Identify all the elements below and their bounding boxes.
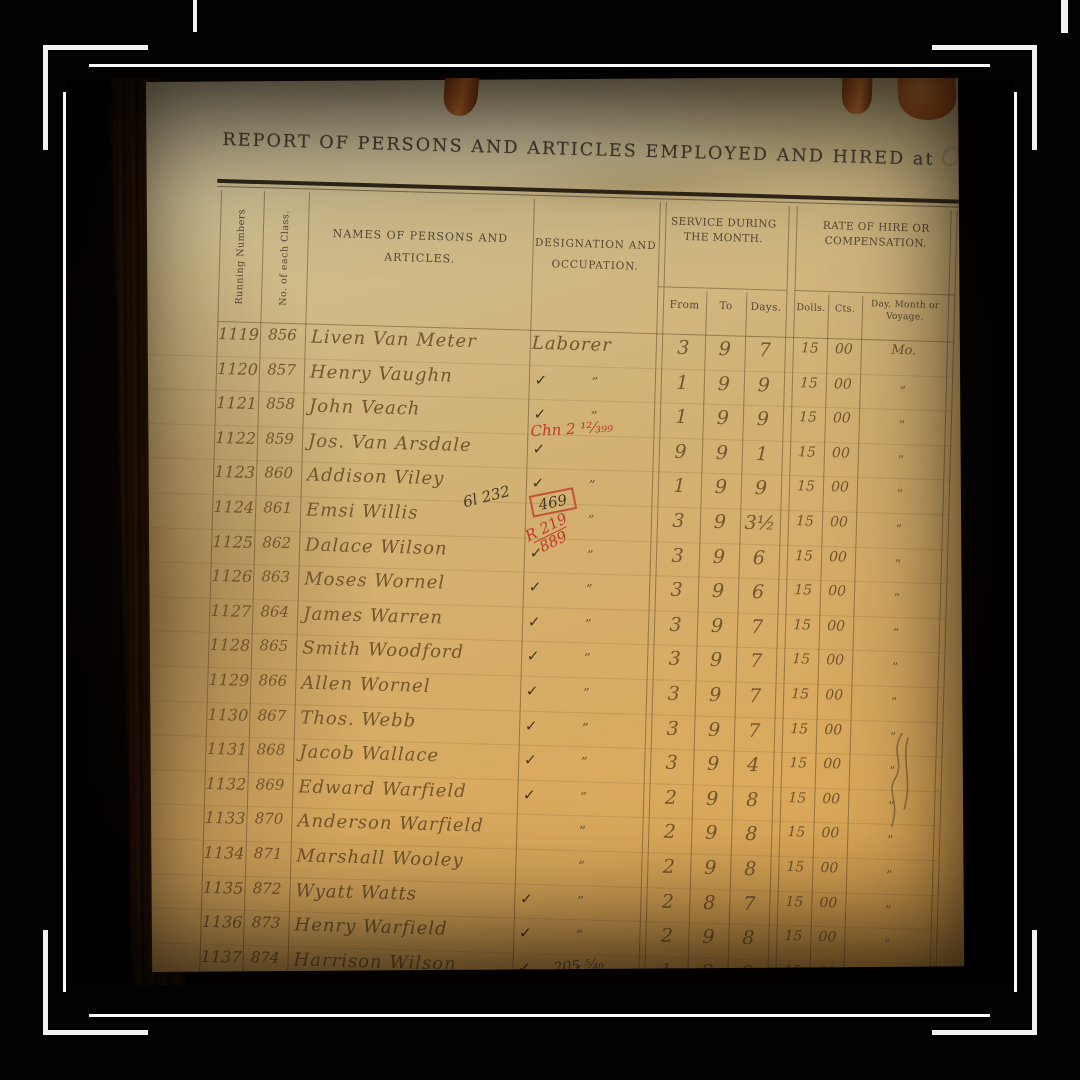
cell-dollars: 15: [784, 651, 818, 668]
cell-running-number: 1122: [214, 428, 258, 448]
cell-name: John Veach: [309, 396, 526, 423]
cell-cents: 00: [810, 929, 844, 946]
frame-corner-tl-v: [43, 45, 48, 150]
cell-cents: 00: [822, 514, 856, 531]
ditto-mark: ”: [576, 582, 602, 598]
check-mark: ✓: [519, 785, 539, 804]
cell-class-number: 857: [259, 360, 304, 379]
cell-running-number: 1135: [201, 877, 245, 897]
cell-days: 7: [736, 650, 777, 673]
ditto-mark: ”: [577, 548, 603, 564]
cell-from: 3: [652, 682, 696, 705]
annotation-pencil-partial-row: 205 ⁵⁄₄₀: [553, 956, 604, 972]
check-mark: ✓: [528, 474, 548, 493]
ditto-mark: ”: [857, 486, 943, 502]
cell-dollars: 15: [776, 928, 810, 945]
cell-to: 9: [701, 476, 742, 499]
frame-corner-bl-v: [43, 930, 48, 1035]
cell-from: 1: [658, 475, 702, 498]
cell-days: 7: [729, 892, 770, 915]
cell-name: Henry Warfield: [294, 914, 511, 941]
ditto-mark: ”: [843, 970, 929, 972]
cell-cents: 00: [825, 410, 859, 427]
screenshot-canvas: { "photo_document": { "title_printed": "…: [0, 0, 1080, 1080]
header-rate-group: RATE OF HIRE OR COMPENSATION.: [796, 218, 957, 252]
pencil-scribble: [869, 730, 918, 831]
cell-class-number: 863: [253, 567, 298, 586]
check-mark: ✓: [531, 370, 551, 389]
cell-class-number: 868: [248, 740, 293, 759]
header-designation: DESIGNATION AND OCCUPATION.: [532, 233, 659, 279]
ditto-mark: ”: [853, 625, 939, 641]
header-dollars: Dolls.: [794, 302, 828, 314]
cell-days: 9: [744, 373, 785, 396]
ledger-page-content: REPORT OF PERSONS AND ARTICLES EMPLOYED …: [146, 80, 960, 972]
cell-days: 1: [742, 442, 783, 465]
ditto-mark: ”: [579, 478, 605, 494]
cell-class-number: 862: [254, 533, 299, 552]
frame-corner-tr-h: [932, 45, 1037, 50]
ditto-mark: ”: [845, 901, 931, 917]
ditto-mark: ”: [568, 859, 594, 875]
cell-from: 9: [659, 440, 703, 463]
frame-corner-br-h: [932, 1030, 1037, 1035]
frame-corner-bl-h: [43, 1030, 148, 1035]
cell-to: 8: [689, 891, 730, 914]
cell-name: Liven Van Meter: [311, 327, 528, 354]
cell-days: 8: [731, 823, 772, 846]
cell-dollars: 15: [775, 962, 809, 971]
cell-cents: 00: [824, 445, 858, 462]
cell-from: 2: [646, 890, 690, 913]
cell-to: 9: [687, 960, 728, 972]
cell-cents: 00: [814, 791, 848, 808]
ledger-page: REPORT OF PERSONS AND ARTICLES EMPLOYED …: [146, 78, 964, 972]
cell-to: 9: [690, 856, 731, 879]
check-mark: ✓: [522, 682, 542, 701]
cell-dollars: 15: [777, 893, 811, 910]
cell-running-number: 1130: [206, 704, 250, 724]
cell-class-number: 864: [252, 602, 297, 621]
cell-days: 9: [741, 477, 782, 500]
cell-from: 2: [649, 786, 693, 809]
cell-dollars: 15: [788, 513, 822, 530]
check-mark: ✓: [515, 924, 535, 943]
cell-dollars: 15: [783, 686, 817, 703]
cell-class-number: 866: [250, 671, 295, 690]
header-names: NAMES OF PERSONS AND ARTICLES.: [307, 222, 533, 272]
cell-name: Marshall Wooley: [296, 845, 513, 872]
cell-dollars: 15: [791, 409, 825, 426]
frame-tick-top-left: [193, 0, 197, 32]
cell-running-number: 1128: [208, 635, 252, 655]
check-mark: ✓: [529, 439, 549, 458]
cell-dollars: 15: [789, 478, 823, 495]
check-mark: ✓: [525, 578, 545, 597]
frame-inner-bottom: [89, 1014, 990, 1017]
ditto-mark: ”: [569, 824, 595, 840]
cell-class-number: 871: [245, 844, 290, 863]
cell-name: Edward Warfield: [298, 776, 515, 803]
header-cents: Cts.: [828, 303, 862, 315]
page-title-printed: REPORT OF PERSONS AND ARTICLES EMPLOYED …: [222, 130, 935, 170]
check-mark: ✓: [514, 958, 534, 972]
table-vertical-rules: [148, 80, 960, 103]
cell-from: 3: [651, 717, 695, 740]
cell-from: 3: [650, 751, 694, 774]
page-title-handwritten-location: Ca: [940, 142, 964, 172]
cell-to: 9: [698, 580, 739, 603]
cell-from: 3: [654, 613, 698, 636]
ditto-mark: ”: [854, 590, 940, 606]
ditto-mark: ”: [846, 867, 932, 883]
check-mark: ✓: [523, 647, 543, 666]
cell-cents: 00: [811, 894, 845, 911]
page-title: REPORT OF PERSONS AND ARTICLES EMPLOYED …: [222, 122, 964, 172]
cell-designation: Laborer: [532, 333, 657, 357]
cell-to: 9: [703, 407, 744, 430]
ditto-mark: ”: [570, 790, 596, 806]
cell-class-number: 859: [257, 429, 302, 448]
cell-days: 8: [732, 788, 773, 811]
cell-cents: 00: [815, 756, 849, 773]
ditto-mark: ”: [578, 513, 604, 529]
ditto-mark: ”: [851, 694, 937, 710]
cell-name: Harrison Wilson: [293, 949, 510, 972]
cell-name: James Warren: [303, 603, 520, 630]
cell-from: 1: [644, 959, 688, 972]
cell-cents: 00: [816, 721, 850, 738]
frame-tick-top-right: [1061, 0, 1068, 33]
cell-from: 2: [648, 821, 692, 844]
cell-name: Dalace Wilson: [305, 534, 522, 561]
cell-running-number: 1136: [200, 912, 244, 932]
cell-to: 9: [697, 614, 738, 637]
cell-cents: 00: [819, 618, 853, 635]
cell-class-number: 860: [256, 463, 301, 482]
cell-dollars: 15: [778, 859, 812, 876]
cell-days: 8: [728, 927, 769, 950]
cell-class-number: 856: [260, 325, 305, 344]
cell-cents: 00: [812, 860, 846, 877]
cell-class-number: 874: [242, 948, 287, 967]
cell-class-number: 865: [251, 636, 296, 655]
cell-days: 6: [738, 581, 779, 604]
cell-days: 3½: [740, 512, 781, 535]
ditto-mark: ”: [847, 832, 933, 848]
cell-running-number: 1133: [203, 808, 247, 828]
cell-cents: 00: [826, 376, 860, 393]
cell-dollars: 15: [792, 375, 826, 392]
cell-from: 3: [653, 648, 697, 671]
cell-name: Allen Wornel: [301, 672, 518, 699]
header-days: Days.: [746, 301, 786, 314]
ditto-mark: ”: [573, 686, 599, 702]
cell-name: Henry Vaughn: [310, 361, 527, 388]
table-rows: 1119856Liven Van MeterLaborer3971500Mo.1…: [146, 320, 953, 972]
ditto-mark: ”: [852, 659, 938, 675]
check-mark: ✓: [524, 612, 544, 631]
cell-class-number: 873: [243, 913, 288, 932]
cell-name: Moses Wornel: [304, 569, 521, 596]
cell-dollars: 15: [785, 617, 819, 634]
cell-cents: 00: [809, 963, 843, 972]
cell-days: 7: [734, 719, 775, 742]
ditto-mark: ”: [575, 617, 601, 633]
cell-to: 9: [692, 787, 733, 810]
ledger-photo: REPORT OF PERSONS AND ARTICLES EMPLOYED …: [66, 78, 1013, 985]
frame-corner-br-v: [1032, 930, 1037, 1035]
cell-to: 9: [696, 649, 737, 672]
cell-name: Thos. Webb: [300, 707, 517, 734]
cell-name: Wyatt Watts: [295, 880, 512, 907]
cell-to: 9: [693, 753, 734, 776]
cell-class-number: 872: [244, 878, 289, 897]
check-mark: ✓: [521, 716, 541, 735]
cell-dollars: 15: [793, 340, 827, 357]
cell-days: 7: [737, 615, 778, 638]
frame-inner-right: [1014, 92, 1017, 992]
cell-dollars: 15: [779, 824, 813, 841]
cell-cents: 00: [823, 479, 857, 496]
ditto-mark: ”: [856, 521, 942, 537]
cell-to: 9: [702, 441, 743, 464]
cell-cents: 00: [817, 687, 851, 704]
cell-to: 9: [695, 683, 736, 706]
ditto-mark: ”: [860, 383, 946, 399]
cell-to: 9: [700, 510, 741, 533]
cell-name: Smith Woodford: [302, 638, 519, 665]
cell-cents: 00: [818, 652, 852, 669]
table-header: Running Numbers No. of each Class. NAMES…: [217, 190, 960, 343]
cell-name: Jacob Wallace: [299, 742, 516, 769]
cell-to: 9: [688, 925, 729, 948]
ditto-mark: ”: [574, 651, 600, 667]
cell-running-number: 1125: [211, 531, 255, 551]
cell-days: 6: [739, 546, 780, 569]
cell-dollars: 15: [782, 720, 816, 737]
cell-class-number: 867: [249, 706, 294, 725]
cell-from: 3: [656, 544, 700, 567]
cell-running-number: 1124: [212, 497, 256, 517]
ditto-mark: ”: [567, 893, 593, 909]
ditto-mark: ”: [571, 755, 597, 771]
cell-cents: 00: [821, 548, 855, 565]
cell-running-number: 1129: [207, 670, 251, 690]
service-group-underline: [658, 286, 787, 291]
cell-days: 9: [727, 961, 768, 972]
cell-dollars: 15: [787, 548, 821, 565]
cell-to: 9: [691, 822, 732, 845]
cell-class-number: 870: [246, 809, 291, 828]
cell-days: 9: [743, 408, 784, 431]
ditto-mark: ”: [566, 928, 592, 944]
cell-to: 9: [705, 338, 746, 361]
cell-running-number: 1120: [216, 359, 260, 379]
header-from: From: [663, 298, 706, 311]
header-class-number: No. of each Class.: [260, 193, 309, 322]
cell-from: 3: [662, 336, 706, 359]
cell-from: 1: [661, 371, 705, 394]
rate-group-underline: [794, 290, 954, 295]
cell-class-number: 869: [247, 775, 292, 794]
cell-dollars: 15: [780, 790, 814, 807]
cell-to: 9: [699, 545, 740, 568]
cell-days: 7: [745, 339, 786, 362]
cell-running-number: 1134: [202, 843, 246, 863]
frame-corner-tr-v: [1032, 45, 1037, 150]
ditto-mark: ”: [572, 721, 598, 737]
ditto-mark: ”: [582, 375, 608, 391]
cell-running-number: 1131: [205, 739, 249, 759]
cell-dollars: 15: [786, 582, 820, 599]
cell-cents: 00: [820, 583, 854, 600]
cell-from: 2: [645, 924, 689, 947]
header-day-month-voyage: Day, Month or Voyage.: [862, 298, 949, 324]
cell-cents: 00: [813, 825, 847, 842]
ditto-mark: ”: [858, 452, 944, 468]
cell-running-number: 1127: [209, 601, 253, 621]
cell-to: 9: [694, 718, 735, 741]
cell-class-number: 858: [258, 394, 303, 413]
cell-running-number: 1132: [204, 773, 248, 793]
cell-days: 4: [733, 754, 774, 777]
cell-name: Jos. Van Arsdale: [308, 430, 525, 457]
ditto-mark: ”: [855, 555, 941, 571]
header-running-numbers: Running Numbers: [217, 192, 264, 321]
cell-running-number: 1126: [210, 566, 254, 586]
header-service-group: SERVICE DURING THE MONTH.: [659, 214, 789, 248]
cell-days: 7: [735, 685, 776, 708]
cell-days: 8: [730, 857, 771, 880]
cell-from: 3: [655, 578, 699, 601]
cell-from: 1: [660, 406, 704, 429]
cell-name: Anderson Warfield: [297, 811, 514, 838]
cell-from: 2: [647, 855, 691, 878]
cell-cents: 00: [827, 341, 861, 358]
cell-dollars: 15: [781, 755, 815, 772]
cell-to: 9: [704, 372, 745, 395]
cell-running-number: 1121: [215, 393, 259, 413]
ditto-mark: ”: [844, 936, 930, 952]
check-mark: ✓: [520, 751, 540, 770]
cell-running-number: 1123: [213, 462, 257, 482]
cell-from: 3: [657, 509, 701, 532]
frame-corner-tl-h: [43, 45, 148, 50]
cell-dollars: 15: [790, 444, 824, 461]
header-to: To: [706, 300, 746, 313]
cell-running-number: 1119: [217, 324, 261, 344]
frame-inner-top: [89, 64, 990, 67]
ditto-mark: ”: [859, 417, 945, 433]
cell-rate-note: Mo.: [861, 342, 947, 359]
check-mark: ✓: [516, 889, 536, 908]
cell-running-number: 1137: [199, 946, 243, 966]
cell-class-number: 861: [255, 498, 300, 517]
